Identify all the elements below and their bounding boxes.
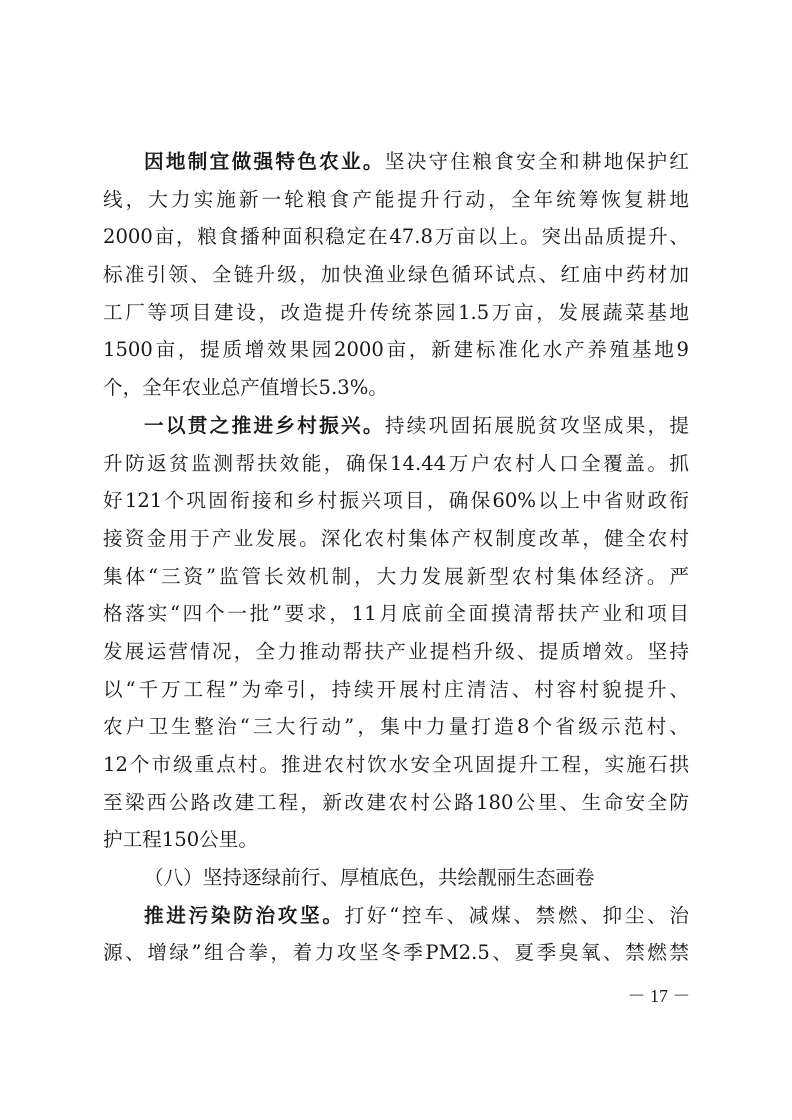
paragraph-lead-heading: 推进污染防治攻坚。 — [144, 904, 345, 927]
paragraph-line: 工厂等项目建设，改造提升传统茶园1.5万亩，发展蔬菜基地 — [103, 294, 689, 332]
paragraph-line: 标准引领、全链升级，加快渔业绿色循环试点、红庙中药材加 — [103, 256, 689, 294]
document-body: 因地制宜做强特色农业。坚决守住粮食安全和耕地保护红 线，大力实施新一轮粮食产能提… — [103, 143, 689, 972]
paragraph-line: 线，大力实施新一轮粮食产能提升行动，全年统筹恢复耕地 — [103, 181, 689, 219]
paragraph-line: 农户卫生整治“三大行动”，集中力量打造8个省级示范村、 — [103, 708, 689, 746]
paragraph-line: 因地制宜做强特色农业。坚决守住粮食安全和耕地保护红 — [103, 143, 689, 181]
paragraph-specialty-agriculture: 因地制宜做强特色农业。坚决守住粮食安全和耕地保护红 线，大力实施新一轮粮食产能提… — [103, 143, 689, 407]
paragraph-line: 接资金用于产业发展。深化农村集体产权制度改革，健全农村 — [103, 520, 689, 558]
paragraph-pollution-control: 推进污染防治攻坚。打好“控车、减煤、禁燃、抑尘、治 源、增绿”组合拳，着力攻坚冬… — [103, 897, 689, 972]
paragraph-line: 至梁西公路改建工程，新改建农村公路180公里、生命安全防 — [103, 784, 689, 822]
paragraph-line: 一以贯之推进乡村振兴。持续巩固拓展脱贫攻坚成果，提 — [103, 407, 689, 445]
document-page: 因地制宜做强特色农业。坚决守住粮食安全和耕地保护红 线，大力实施新一轮粮食产能提… — [0, 0, 792, 1120]
paragraph-line: 12个市级重点村。推进农村饮水安全巩固提升工程，实施石拱 — [103, 746, 689, 784]
paragraph-rural-revitalization: 一以贯之推进乡村振兴。持续巩固拓展脱贫攻坚成果，提 升防返贫监测帮扶效能，确保1… — [103, 407, 689, 859]
paragraph-line: 1500亩，提质增效果园2000亩，新建标准化水产养殖基地9 — [103, 331, 689, 369]
paragraph-line: 2000亩，粮食播种面积稳定在47.8万亩以上。突出品质提升、 — [103, 218, 689, 256]
paragraph-line: 格落实“四个一批”要求，11月底前全面摸清帮扶产业和项目 — [103, 595, 689, 633]
paragraph-lead-heading: 因地制宜做强特色农业。 — [144, 150, 385, 173]
paragraph-line: 个，全年农业总产值增长5.3%。 — [103, 369, 689, 407]
paragraph-line: 升防返贫监测帮扶效能，确保14.44万户农村人口全覆盖。抓 — [103, 445, 689, 483]
page-number: － 17 － — [624, 982, 694, 1008]
paragraph-line: 以“千万工程”为牵引，持续开展村庄清洁、村容村貌提升、 — [103, 671, 689, 709]
paragraph-line: 发展运营情况，全力推动帮扶产业提档升级、提质增效。坚持 — [103, 633, 689, 671]
paragraph-line: 推进污染防治攻坚。打好“控车、减煤、禁燃、抑尘、治 — [103, 897, 689, 935]
paragraph-line: 集体“三资”监管长效机制，大力发展新型农村集体经济。严 — [103, 558, 689, 596]
paragraph-lead-heading: 一以贯之推进乡村振兴。 — [144, 414, 385, 437]
paragraph-line: 护工程150公里。 — [103, 821, 689, 859]
section-heading: （八）坚持逐绿前行、厚植底色，共绘靓丽生态画卷 — [103, 859, 689, 897]
paragraph-line: 好121个巩固衔接和乡村振兴项目，确保60%以上中省财政衔 — [103, 482, 689, 520]
paragraph-line: 源、增绿”组合拳，着力攻坚冬季PM2.5、夏季臭氧、禁燃禁 — [103, 934, 689, 972]
